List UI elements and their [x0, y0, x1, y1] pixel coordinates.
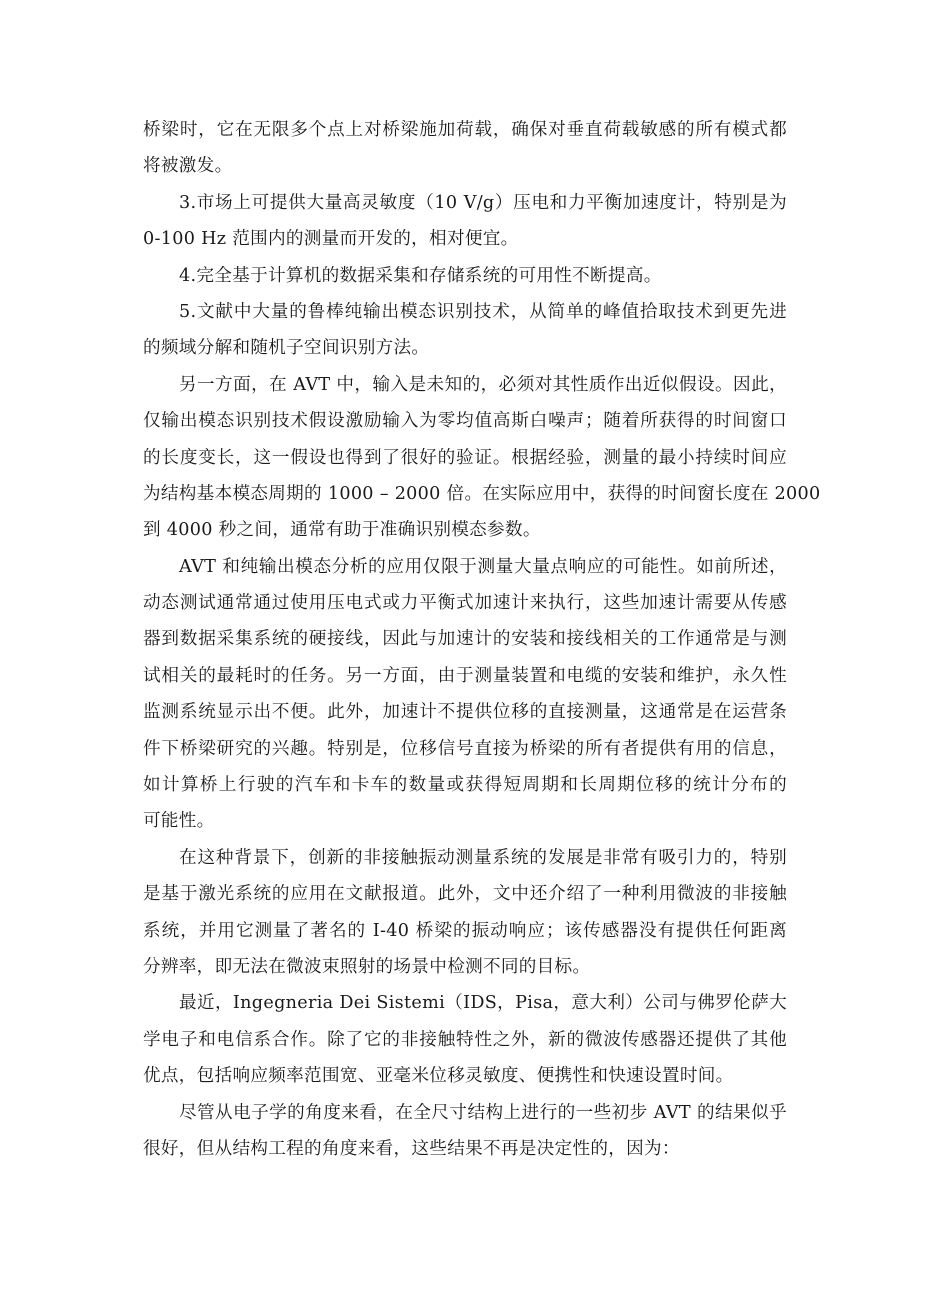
- document-page: 桥梁时，它在无限多个点上对桥梁施加荷载，确保对垂直荷载敏感的所有模式都 将被激发…: [0, 0, 926, 1309]
- text-line: 仅输出模态识别技术假设激励输入为零均值高斯白噪声；随着所获得的时间窗口: [143, 403, 787, 439]
- paragraph-avt-limitations: AVT 和纯输出模态分析的应用仅限于测量大量点响应的可能性。如前所述， 动态测试…: [143, 549, 787, 840]
- text-line: 优点，包括响应频率范围宽、亚毫米位移灵敏度、便携性和快速设置时间。: [143, 1058, 787, 1094]
- paragraph-non-contact-systems: 在这种背景下，创新的非接触振动测量系统的发展是非常有吸引力的，特别 是基于激光系…: [143, 840, 787, 986]
- text-line: AVT 和纯输出模态分析的应用仅限于测量大量点响应的可能性。如前所述，: [143, 549, 787, 585]
- text-line: 很好，但从结构工程的角度来看，这些结果不再是决定性的，因为：: [143, 1131, 787, 1167]
- text-line: 可能性。: [143, 803, 787, 839]
- paragraph-avt-input-assumption: 另一方面，在 AVT 中，输入是未知的，必须对其性质作出近似假设。因此， 仅输出…: [143, 367, 787, 549]
- text-line: 是基于激光系统的应用在文献报道。此外，文中还介绍了一种利用微波的非接触: [143, 876, 787, 912]
- text-line: 分辨率，即无法在微波束照射的场景中检测不同的目标。: [143, 949, 787, 985]
- text-line: 最近，Ingegneria Dei Sistemi（IDS，Pisa，意大利）公…: [143, 985, 787, 1021]
- text-line: 系统，并用它测量了著名的 I-40 桥梁的振动响应；该传感器没有提供任何距离: [143, 913, 787, 949]
- document-body: 桥梁时，它在无限多个点上对桥梁施加荷载，确保对垂直荷载敏感的所有模式都 将被激发…: [143, 112, 787, 1167]
- text-line: 的频域分解和随机子空间识别方法。: [143, 330, 787, 366]
- text-line: 动态测试通常通过使用压电式或力平衡式加速计来执行，这些加速计需要从传感: [143, 585, 787, 621]
- text-line: 在这种背景下，创新的非接触振动测量系统的发展是非常有吸引力的，特别: [143, 840, 787, 876]
- text-line: 另一方面，在 AVT 中，输入是未知的，必须对其性质作出近似假设。因此，: [143, 367, 787, 403]
- text-line: 5.文献中大量的鲁棒纯输出模态识别技术，从简单的峰值拾取技术到更先进: [143, 294, 787, 330]
- text-line: 4.完全基于计算机的数据采集和存储系统的可用性不断提高。: [143, 258, 787, 294]
- text-line: 为结构基本模态周期的 1000 – 2000 倍。在实际应用中，获得的时间窗长度…: [143, 476, 787, 512]
- text-line: 到 4000 秒之间，通常有助于准确识别模态参数。: [143, 512, 787, 548]
- text-line: 试相关的最耗时的任务。另一方面，由于测量装置和电缆的安装和维护，永久性: [143, 658, 787, 694]
- text-line: 学电子和电信系合作。除了它的非接触特性之外，新的微波传感器还提供了其他: [143, 1022, 787, 1058]
- text-line: 监测系统显示出不便。此外，加速计不提供位移的直接测量，这通常是在运营条: [143, 694, 787, 730]
- paragraph-preliminary-results: 尽管从电子学的角度来看，在全尺寸结构上进行的一些初步 AVT 的结果似乎 很好，…: [143, 1095, 787, 1168]
- text-line: 尽管从电子学的角度来看，在全尺寸结构上进行的一些初步 AVT 的结果似乎: [143, 1095, 787, 1131]
- text-line: 件下桥梁研究的兴趣。特别是，位移信号直接为桥梁的所有者提供有用的信息，: [143, 731, 787, 767]
- text-line: 将被激发。: [143, 148, 787, 184]
- text-line: 3.市场上可提供大量高灵敏度（10 V/g）压电和力平衡加速度计，特别是为: [143, 185, 787, 221]
- text-line: 如计算桥上行驶的汽车和卡车的数量或获得短周期和长周期位移的统计分布的: [143, 767, 787, 803]
- paragraph-item-5: 5.文献中大量的鲁棒纯输出模态识别技术，从简单的峰值拾取技术到更先进 的频域分解…: [143, 294, 787, 367]
- text-line: 0-100 Hz 范围内的测量而开发的，相对便宜。: [143, 221, 787, 257]
- text-line: 器到数据采集系统的硬接线，因此与加速计的安装和接线相关的工作通常是与测: [143, 621, 787, 657]
- text-line: 的长度变长，这一假设也得到了很好的验证。根据经验，测量的最小持续时间应: [143, 440, 787, 476]
- text-line: 桥梁时，它在无限多个点上对桥梁施加荷载，确保对垂直荷载敏感的所有模式都: [143, 112, 787, 148]
- paragraph-item-3: 3.市场上可提供大量高灵敏度（10 V/g）压电和力平衡加速度计，特别是为 0-…: [143, 185, 787, 258]
- paragraph-ids-collaboration: 最近，Ingegneria Dei Sistemi（IDS，Pisa，意大利）公…: [143, 985, 787, 1094]
- paragraph-item-4: 4.完全基于计算机的数据采集和存储系统的可用性不断提高。: [143, 258, 787, 294]
- paragraph-item-2-continuation: 桥梁时，它在无限多个点上对桥梁施加荷载，确保对垂直荷载敏感的所有模式都 将被激发…: [143, 112, 787, 185]
